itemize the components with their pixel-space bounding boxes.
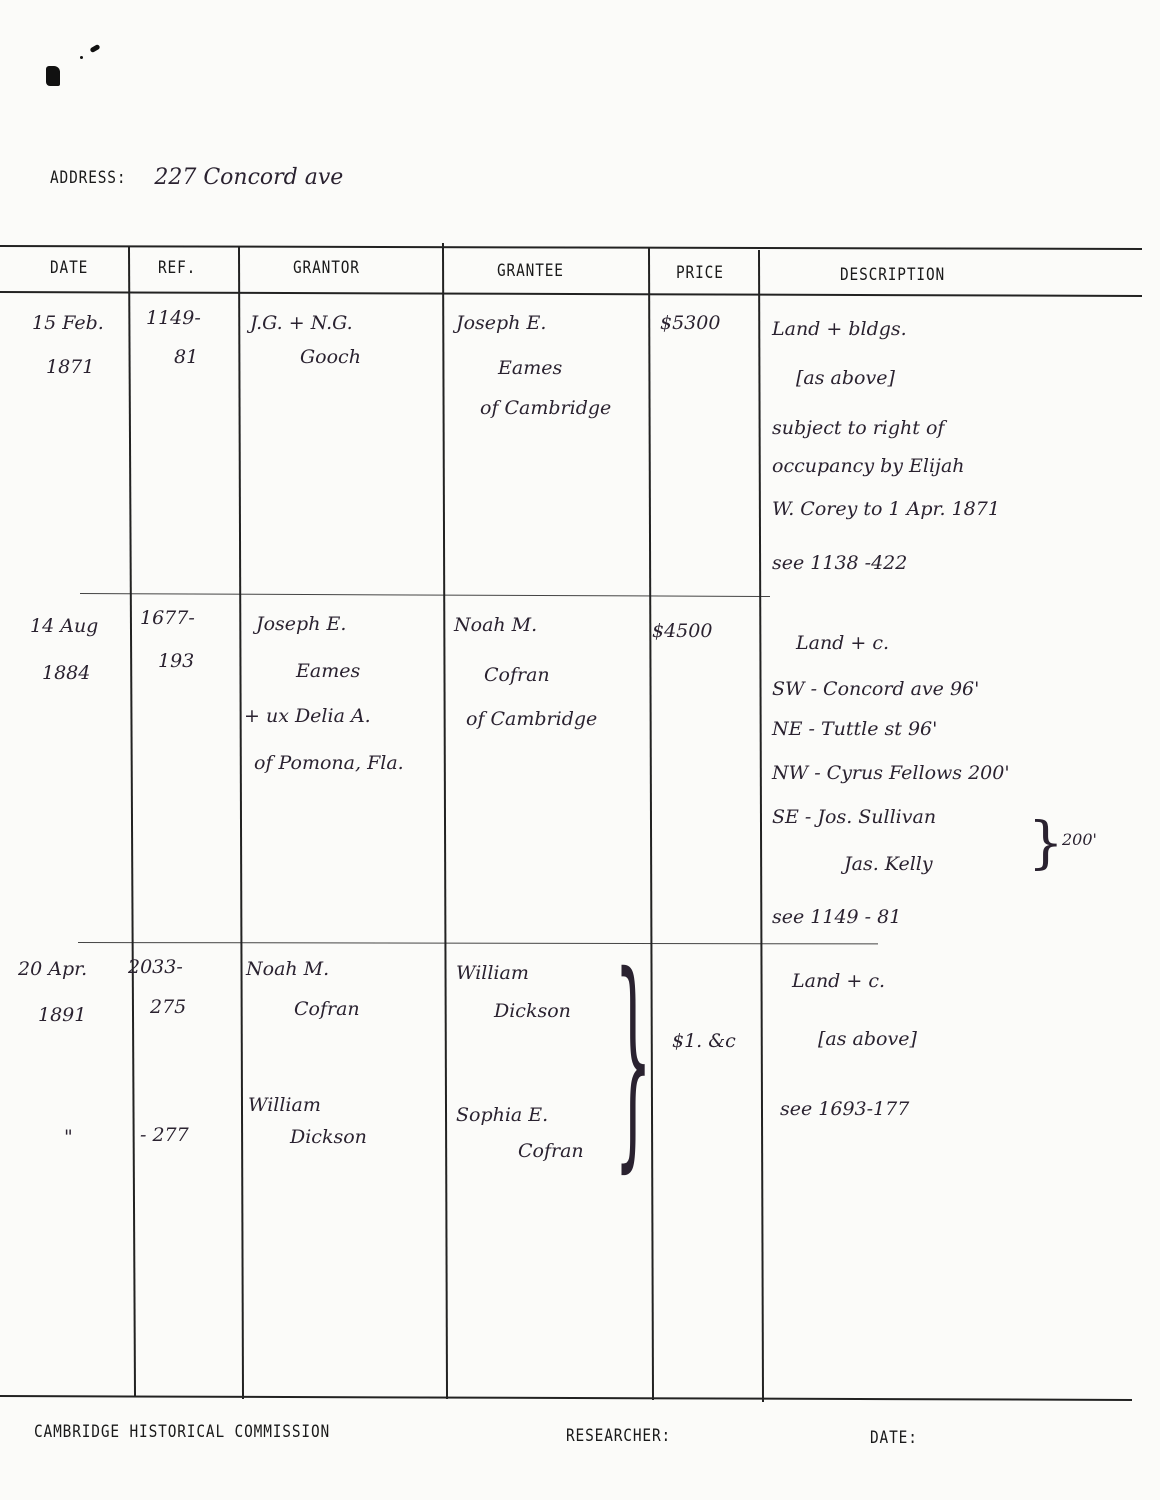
row-grantor: Joseph E. <box>256 613 346 635</box>
row-grantee: William <box>456 962 529 984</box>
column-divider <box>128 247 136 1397</box>
row-price: $5300 <box>660 312 720 334</box>
footer-organization: CAMBRIDGE HISTORICAL COMMISSION <box>34 1422 330 1442</box>
row-grantee: Dickson <box>494 1000 571 1022</box>
row-date: 15 Feb. <box>32 312 104 334</box>
row-description: Land + bldgs. <box>772 318 907 340</box>
row-description: NW - Cyrus Fellows 200' <box>772 762 1010 784</box>
row-description: Land + c. <box>792 970 885 992</box>
row-ref: 275 <box>150 996 186 1018</box>
row-description: see 1138 -422 <box>772 552 907 574</box>
row-description: see 1149 - 81 <box>772 906 901 928</box>
row-grantor: of Pomona, Fla. <box>254 752 404 774</box>
table-bottom-border <box>0 1395 1132 1401</box>
row-date: 20 Apr. <box>18 958 87 980</box>
row-ref: 193 <box>158 650 194 672</box>
row-date: 1891 <box>38 1004 86 1026</box>
row-ref: 2033- <box>128 956 183 978</box>
date-label: DATE: <box>870 1428 918 1448</box>
row-date: " <box>64 1126 73 1148</box>
row-grantor: Gooch <box>300 346 361 368</box>
row-description: [as above] <box>796 367 895 389</box>
address-value: 227 Concord ave <box>154 165 343 190</box>
row-grantor: Dickson <box>290 1126 367 1148</box>
column-divider <box>758 250 764 1402</box>
row-ref: 1149- <box>146 307 201 329</box>
row-date: 14 Aug <box>30 615 98 637</box>
row-description: subject to right of <box>772 417 944 439</box>
column-header-grantor: GRANTOR <box>293 258 360 278</box>
column-divider <box>648 248 654 1400</box>
address-line: ADDRESS: 227 Concord ave <box>50 165 343 190</box>
column-header-grantee: GRANTEE <box>497 261 564 281</box>
column-header-ref: REF. <box>158 258 196 278</box>
row-grantor: William <box>248 1094 321 1116</box>
row-divider <box>80 593 770 597</box>
column-header-date: DATE <box>50 258 88 278</box>
row-grantor: J.G. + N.G. <box>250 312 353 334</box>
row-description: occupancy by Elijah <box>772 455 965 477</box>
column-divider <box>442 243 448 1399</box>
row-date: 1871 <box>46 356 94 378</box>
row-description: see 1693-177 <box>780 1098 909 1120</box>
row-grantor: + ux Delia A. <box>244 705 371 727</box>
row-grantee: Cofran <box>518 1140 584 1162</box>
row-description: [as above] <box>818 1028 917 1050</box>
bracket-brace: } <box>1028 816 1064 872</box>
scan-smudge <box>46 66 60 86</box>
row-price: $4500 <box>652 620 712 642</box>
row-description: Land + c. <box>796 632 889 654</box>
row-date: 1884 <box>42 662 90 684</box>
row-grantee: Eames <box>498 357 562 379</box>
row-grantee: of Cambridge <box>480 397 611 419</box>
row-grantee: Noah M. <box>454 614 537 636</box>
address-label: ADDRESS: <box>50 168 126 188</box>
row-description: Jas. Kelly <box>844 853 933 875</box>
row-grantee: of Cambridge <box>466 708 597 730</box>
row-ref: 1677- <box>140 607 195 629</box>
row-ref: - 277 <box>140 1124 189 1146</box>
row-grantee: Sophia E. <box>456 1104 548 1126</box>
column-header-price: PRICE <box>676 263 724 283</box>
scan-smudge <box>89 44 100 53</box>
row-grantor: Noah M. <box>246 958 329 980</box>
row-grantor: Eames <box>296 660 360 682</box>
header-bottom-border <box>0 291 1142 297</box>
bracket-brace: } <box>614 948 652 1176</box>
row-description: 200' <box>1062 830 1097 849</box>
column-header-description: DESCRIPTION <box>840 265 945 285</box>
row-grantee: Joseph E. <box>456 312 546 334</box>
row-grantor: Cofran <box>294 998 360 1020</box>
row-price: $1. &c <box>672 1030 736 1052</box>
row-description: SE - Jos. Sullivan <box>772 806 936 828</box>
researcher-label: RESEARCHER: <box>566 1426 671 1446</box>
row-ref: 81 <box>174 346 198 368</box>
row-description: NE - Tuttle st 96' <box>772 718 937 740</box>
table-top-border <box>0 245 1142 250</box>
row-divider <box>78 942 878 944</box>
column-divider <box>238 247 244 1399</box>
row-grantee: Cofran <box>484 664 550 686</box>
row-description: SW - Concord ave 96' <box>772 678 979 700</box>
scan-smudge <box>80 56 83 59</box>
row-description: W. Corey to 1 Apr. 1871 <box>772 498 1000 520</box>
